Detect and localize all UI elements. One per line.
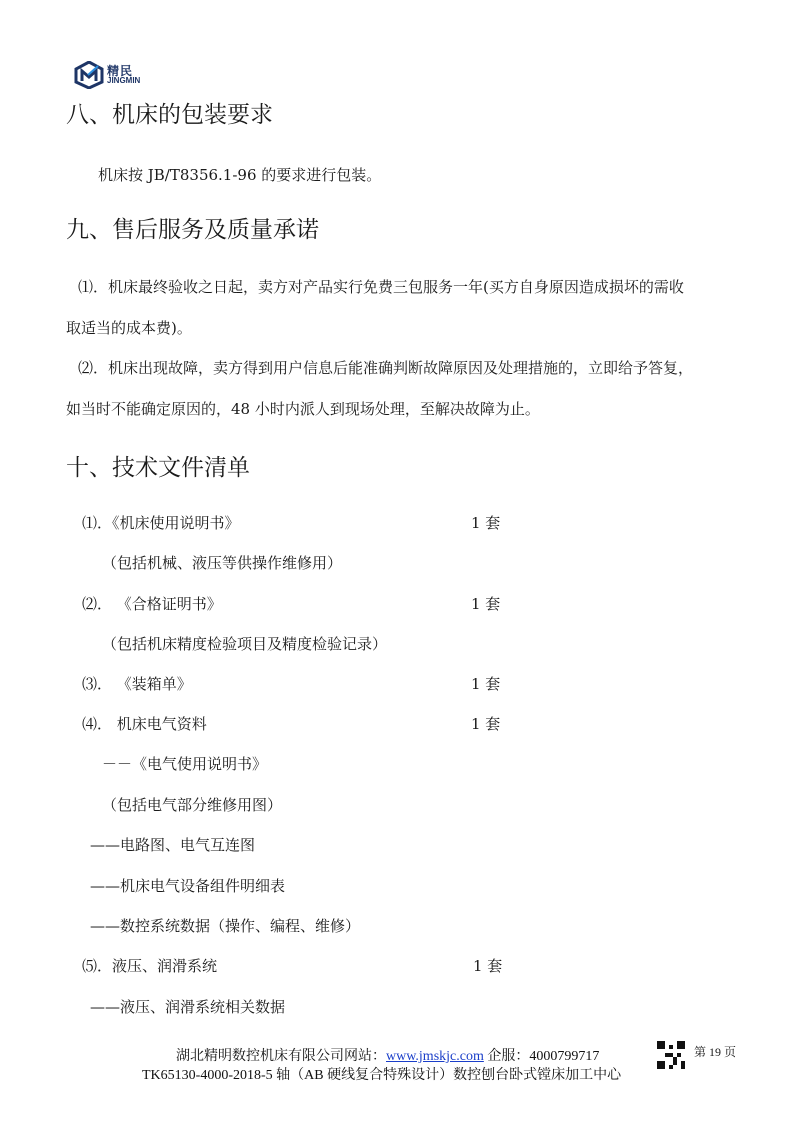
doc-item-label: ⑸．液压、润滑系统: [82, 955, 217, 976]
warranty-clause-1-line-1: ⑴．机床最终验收之日起，卖方对产品实行免费三包服务一年(买方自身原因造成损坏的需…: [78, 276, 684, 297]
doc-item-label: ⑷． 机床电气资料: [82, 713, 207, 734]
footer-product-line: TK65130-4000-2018-5 轴（AB 硬线复合特殊设计）数控刨台卧式…: [142, 1064, 621, 1084]
doc-item-qty: 1 套: [471, 512, 500, 533]
section-9-heading: 九、售后服务及质量承诺: [66, 211, 319, 244]
footer-company-prefix: 湖北精明数控机床有限公司网站：: [176, 1049, 386, 1064]
doc-subitem: ——液压、润滑系统相关数据: [90, 996, 285, 1017]
doc-subitem: ——电路图、电气互连图: [90, 834, 255, 855]
footer-company-line: 湖北精明数控机床有限公司网站：www.jmskjc.com 企服：4000799…: [176, 1045, 599, 1065]
doc-item-qty: 1 套: [473, 955, 502, 976]
qr-code-icon: [657, 1041, 685, 1069]
doc-subitem: （包括电气部分维修用图）: [102, 794, 282, 815]
doc-item-qty: 1 套: [471, 713, 500, 734]
doc-subitem: －－《电气使用说明书》: [102, 753, 267, 774]
footer-website-link[interactable]: www.jmskjc.com: [386, 1049, 484, 1064]
section-8-heading: 八、机床的包装要求: [66, 96, 273, 129]
packaging-paragraph: 机床按 JB/T8356.1-96 的要求进行包装。: [98, 164, 381, 185]
doc-item-label: ⑶． 《装箱单》: [82, 673, 192, 694]
doc-subitem: ——机床电气设备组件明细表: [90, 875, 285, 896]
warranty-clause-2-line-2: 如当时不能确定原因的，48 小时内派人到现场处理，至解决故障为止。: [66, 398, 540, 419]
section-10-heading: 十、技术文件清单: [66, 449, 250, 482]
jingmin-logo-icon: [74, 61, 104, 89]
warranty-clause-2-line-1: ⑵．机床出现故障，卖方得到用户信息后能准确判断故障原因及处理措施的，立即给予答复…: [78, 357, 693, 378]
footer-service-hotline: 企服：4000799717: [484, 1049, 600, 1064]
logo-name-en: JINGMIN: [107, 77, 140, 85]
doc-item-qty: 1 套: [471, 593, 500, 614]
doc-item-note: （包括机械、液压等供操作维修用）: [102, 552, 342, 573]
doc-item-qty: 1 套: [471, 673, 500, 694]
doc-subitem: ——数控系统数据（操作、编程、维修）: [90, 915, 360, 936]
page-number: 第 19 页: [694, 1043, 736, 1060]
doc-item-note: （包括机床精度检验项目及精度检验记录）: [102, 633, 387, 654]
doc-item-label: ⑴．《机床使用说明书》: [82, 512, 240, 533]
company-logo: 精民 JINGMIN: [74, 60, 154, 90]
doc-item-label: ⑵． 《合格证明书》: [82, 593, 222, 614]
warranty-clause-1-line-2: 取适当的成本费)。: [66, 317, 192, 338]
